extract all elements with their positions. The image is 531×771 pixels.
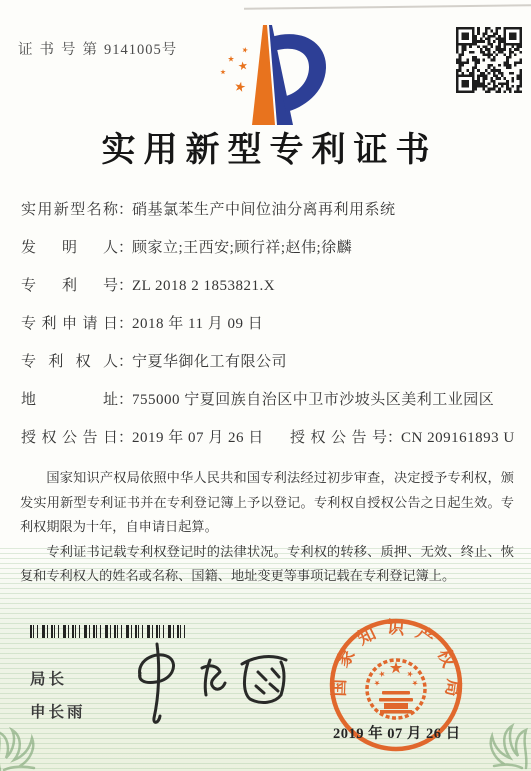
certificate-title: 实用新型专利证书 — [0, 122, 531, 171]
director-block: 局长 申长雨 — [30, 663, 86, 729]
photo-edge-line — [244, 4, 531, 10]
certificate-number: 证书号第9141005号 — [18, 38, 183, 59]
field-label: 授权公告号 — [290, 426, 387, 447]
certificate-number-suffix: 号 — [162, 42, 184, 58]
field-row-grant: 授权公告日：2019 年 07 月 26 日授权公告号：CN 209161893… — [21, 426, 521, 464]
field-value: 宁夏华御化工有限公司 — [132, 354, 287, 370]
patent-certificate: 证书号第9141005号 实用新型专利证书 实用新型名称：硝基氯苯生产中间位油分… — [0, 0, 531, 771]
field-label: 专利号 — [21, 274, 118, 295]
certificate-number-prefix: 证书号第 — [18, 42, 104, 58]
field-value: 顾家立;王西安;顾行祥;赵伟;徐麟 — [132, 240, 352, 256]
director-title: 局长 — [30, 663, 86, 696]
field-value: 755000 宁夏回族自治区中卫市沙坡头区美利工业园区 — [132, 392, 494, 408]
field-list: 实用新型名称：硝基氯苯生产中间位油分离再利用系统 发明人：顾家立;王西安;顾行祥… — [21, 198, 521, 464]
field-value: ZL 2018 2 1853821.X — [132, 278, 275, 294]
director-signature — [126, 638, 296, 735]
field-label: 发明人 — [21, 236, 118, 257]
field-row-name: 实用新型名称：硝基氯苯生产中间位油分离再利用系统 — [21, 198, 521, 236]
field-value: CN 209161893 U — [401, 430, 515, 446]
national-emblem-icon — [367, 660, 425, 718]
field-label: 地址 — [21, 388, 118, 409]
director-name: 申长雨 — [30, 696, 86, 729]
field-label: 实用新型名称 — [21, 198, 118, 219]
field-row-inventors: 发明人：顾家立;王西安;顾行祥;赵伟;徐麟 — [21, 236, 521, 274]
field-row-patentee: 专利权人：宁夏华御化工有限公司 — [21, 350, 521, 388]
barcode — [30, 625, 188, 638]
field-row-filing-date: 专利申请日：2018 年 11 月 09 日 — [21, 312, 521, 350]
field-value: 2018 年 11 月 09 日 — [132, 316, 263, 332]
seal-date: 2019 年 07 月 26 日 — [333, 722, 461, 743]
field-row-patent-number: 专利号：ZL 2018 2 1853821.X — [21, 274, 521, 312]
field-label: 专利权人 — [21, 350, 118, 371]
field-row-address: 地址：755000 宁夏回族自治区中卫市沙坡头区美利工业园区 — [21, 388, 521, 426]
certificate-number-value: 9141005 — [104, 42, 162, 58]
corner-ornament-left — [0, 726, 46, 771]
field-value: 硝基氯苯生产中间位油分离再利用系统 — [132, 202, 396, 218]
cnipa-patent-logo-icon — [206, 24, 332, 131]
field-label: 授权公告日 — [21, 426, 118, 447]
corner-ornament-right — [480, 720, 530, 771]
legal-paragraph-2: 专利证书记载专利权登记时的法律状况。专利权的转移、质押、无效、终止、恢复和专利权… — [20, 540, 514, 589]
qr-code — [456, 27, 522, 93]
legal-paragraph-1: 国家知识产权局依照中华人民共和国专利法经过初步审查，决定授予专利权，颁发实用新型… — [20, 466, 514, 540]
field-label: 专利申请日 — [21, 312, 118, 333]
legal-text: 国家知识产权局依照中华人民共和国专利法经过初步审查，决定授予专利权，颁发实用新型… — [20, 466, 514, 589]
field-value: 2019 年 07 月 26 日 — [132, 426, 290, 447]
